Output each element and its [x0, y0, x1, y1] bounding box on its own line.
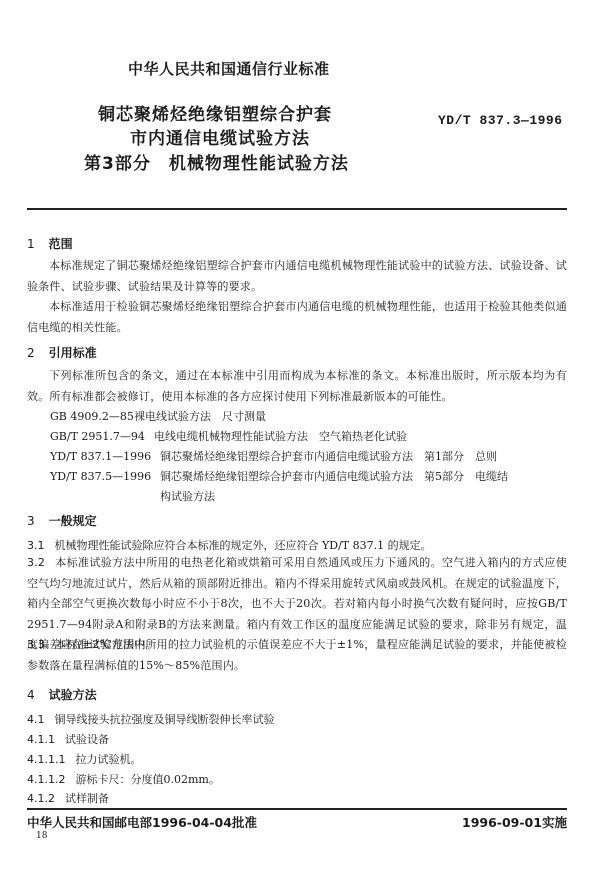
item-text: 试样制备: [65, 792, 109, 805]
reference-title: 裸电线试验方法 尺寸测量: [134, 410, 266, 423]
item-4-1-1-1: 4.1.1.1拉力试验机。: [27, 751, 141, 767]
section-1-paragraph-2: 本标准适用于检验铜芯聚烯烃绝缘铝塑综合护套市内通信电缆的机械物理性能，也适用于检…: [27, 297, 567, 338]
item-text: 试验设备: [65, 733, 109, 746]
item-number: 4.1.1.2: [27, 773, 65, 786]
reference-item: GB/T 2951.7—94电线电缆机械物理性能试验方法 空气箱热老化试验: [50, 428, 407, 444]
item-text: 拉力试验机。: [75, 753, 141, 766]
reference-code: YD/T 837.5—1996: [50, 470, 160, 483]
standard-organization: 中华人民共和国通信行业标准: [128, 58, 330, 79]
reference-title: 铜芯聚烯烃绝缘铝塑综合护套市内通信电缆试验方法 第1部分 总则: [160, 450, 497, 463]
item-number: 4.1: [27, 713, 45, 726]
footer-divider: [27, 808, 567, 810]
section-2-paragraph: 下列标准所包含的条文，通过在本标准中引用而构成为本标准的条文。本标准出版时，所示…: [27, 366, 567, 407]
approval-line: 中华人民共和国邮电部1996-04-04批准: [27, 813, 257, 831]
reference-title-continuation: 构试验方法: [160, 488, 215, 504]
item-4-1-1-2: 4.1.1.2游标卡尺：分度值0.02mm。: [27, 771, 220, 787]
item-4-1-1: 4.1.1试验设备: [27, 731, 109, 747]
clause-number: 3.3: [27, 638, 45, 651]
reference-item: YD/T 837.1—1996铜芯聚烯烃绝缘铝塑综合护套市内通信电缆试验方法 第…: [50, 448, 497, 464]
clause-number: 3.2: [27, 556, 45, 569]
section-1-paragraph-1: 本标准规定了铜芯聚烯烃绝缘铝塑综合护套市内通信电缆机械物理性能试验中的试验方法、…: [27, 256, 567, 297]
section-number: 3: [27, 514, 35, 528]
reference-title: 电线电缆机械物理性能试验方法 空气箱热老化试验: [154, 430, 407, 443]
item-4-1: 4.1铜导线接头抗拉强度及铜导线断裂伸长率试验: [27, 711, 275, 727]
item-text: 铜导线接头抗拉强度及铜导线断裂伸长率试验: [55, 713, 275, 726]
item-number: 4.1.1: [27, 733, 55, 746]
title-line-2: 市内通信电缆试验方法: [130, 124, 310, 149]
section-number: 1: [27, 237, 35, 251]
section-title: 引用标准: [49, 346, 97, 360]
reference-item: YD/T 837.5—1996铜芯聚烯烃绝缘铝塑综合护套市内通信电缆试验方法 第…: [50, 468, 508, 484]
clause-text: 本标准试验方法中所用的拉力试验机的示值误差应不大于±1%，量程应能满足试验的要求…: [27, 638, 567, 672]
section-title: 试验方法: [49, 688, 97, 702]
clause-3-1: 3.1机械物理性能试验除应符合本标准的规定外，还应符合 YD/T 837.1 的…: [27, 537, 432, 553]
implementation-date: 1996-09-01实施: [462, 813, 567, 831]
clause-3-3: 3.3本标准试验方法中所用的拉力试验机的示值误差应不大于±1%，量程应能满足试验…: [27, 635, 567, 676]
reference-item: GB 4909.2—85裸电线试验方法 尺寸测量: [50, 408, 266, 424]
item-number: 4.1.2: [27, 792, 55, 805]
standard-number: YD/T 837.3—1996: [438, 113, 563, 128]
reference-code: GB/T 2951.7—94: [50, 430, 154, 443]
item-text: 游标卡尺：分度值0.02mm。: [75, 773, 219, 786]
reference-code: GB 4909.2—85: [50, 410, 134, 423]
section-4-heading: 4试验方法: [27, 686, 97, 703]
clause-text: 机械物理性能试验除应符合本标准的规定外，还应符合 YD/T 837.1 的规定。: [55, 539, 432, 552]
section-3-heading: 3一般规定: [27, 512, 97, 529]
section-title: 范围: [49, 237, 73, 251]
section-1-heading: 1范围: [27, 235, 73, 252]
section-number: 2: [27, 346, 35, 360]
page-number: 18: [36, 831, 47, 841]
reference-title: 铜芯聚烯烃绝缘铝塑综合护套市内通信电缆试验方法 第5部分 电缆结: [160, 470, 508, 483]
section-number: 4: [27, 688, 35, 702]
clause-number: 3.1: [27, 539, 45, 552]
header-divider: [27, 208, 567, 210]
title-line-3: 第3部分 机械物理性能试验方法: [84, 149, 349, 174]
item-number: 4.1.1.1: [27, 753, 65, 766]
reference-code: YD/T 837.1—1996: [50, 450, 160, 463]
item-4-1-2: 4.1.2试样制备: [27, 790, 109, 806]
title-line-1: 铜芯聚烯烃绝缘铝塑综合护套: [98, 100, 332, 125]
section-2-heading: 2引用标准: [27, 344, 97, 361]
section-title: 一般规定: [49, 514, 97, 528]
